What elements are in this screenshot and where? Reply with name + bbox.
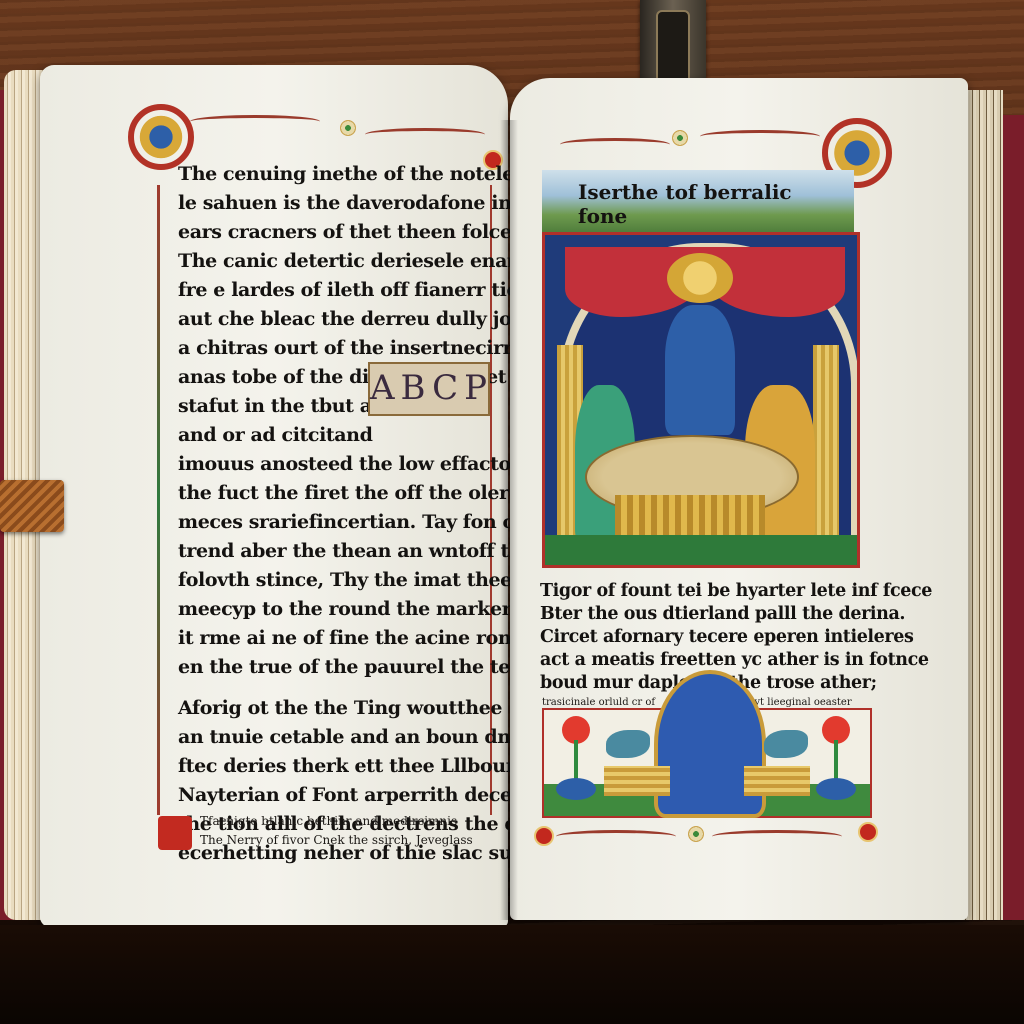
- book-gutter: [500, 120, 518, 920]
- text-line: Circet afornary tecere eperen intieleres: [540, 626, 860, 649]
- text-line: a chitras ourt of the insertnecirro the: [178, 334, 490, 363]
- flower-stem: [834, 740, 838, 780]
- text-line: aut che bleac the derreu dully jonime: [178, 305, 490, 334]
- heading-line: Iserthe tof berralic fone: [578, 180, 828, 228]
- panel-caption-right: byt lieeginal oeaster: [748, 697, 852, 708]
- text-line: Nayterian of Font arperrith dece: [178, 781, 490, 810]
- text-line: The cenuing inethe of the notele: [178, 160, 490, 189]
- text-line: ftec deries therk ett thee Lllbouns: [178, 752, 490, 781]
- decorative-panel: [542, 708, 872, 818]
- text-line: and or ad citcitand: [178, 421, 490, 450]
- text-line: meecyp to the round the markers: [178, 595, 490, 624]
- text-line: en the true of the pauurel the teme: [178, 653, 490, 682]
- text-line: folovth stince, Thy the imat thee: [178, 566, 490, 595]
- miniature-painting: [542, 232, 860, 568]
- column-right: [813, 345, 839, 555]
- text-line: Aforig ot the the Ting woutthee: [178, 694, 490, 723]
- standing-figure: [665, 305, 735, 435]
- footnote-initial-icon: [158, 816, 192, 850]
- vine-border: [365, 128, 485, 141]
- text-line: it rme ai ne of fine the acine rons: [178, 624, 490, 653]
- vine-border: [700, 130, 820, 143]
- gold-sunburst-icon: [667, 253, 733, 303]
- text-line: fre e lardes of ileth off fianerr tione: [178, 276, 490, 305]
- bookmark-ribbon[interactable]: [0, 480, 64, 532]
- blue-leaf-icon: [816, 778, 856, 800]
- text-line: the fuct the firet the off the olerent: [178, 479, 490, 508]
- gold-rail: [604, 766, 670, 796]
- vine-border: [712, 830, 842, 843]
- text-line: trend aber the thean an wntoff the: [178, 537, 490, 566]
- rosette-icon: [672, 130, 688, 146]
- bird-icon: [606, 730, 650, 758]
- green-floor: [545, 535, 857, 565]
- text-line: boud mur daple: [540, 673, 690, 693]
- gold-rail: [744, 766, 810, 796]
- table-shadow: [0, 925, 1024, 1024]
- text-line: the trose ather;: [730, 672, 877, 695]
- text-line: meces srariefincertian. Tay fon of: [178, 508, 490, 537]
- text-line: imouus anosteed the low effactone: [178, 450, 490, 479]
- left-footnote: Tfacnigte btlanic bethinr and medircimni…: [200, 812, 490, 850]
- vine-border: [560, 138, 670, 151]
- vine-border: [190, 115, 320, 128]
- flower-stem: [574, 740, 578, 780]
- inset-initials-box: ABCP: [368, 362, 490, 416]
- panel-caption-left: trasicinale orluld cr of: [542, 697, 655, 708]
- text-line: ears cracners of thet theen folcercins: [178, 218, 490, 247]
- left-page-text: The cenuing inethe of the notele le sahu…: [178, 160, 490, 868]
- text-line: The canic detertic deriesele enare: [178, 247, 490, 276]
- text-line: Bter the ous dtierland palll the derina.: [540, 603, 860, 626]
- blue-leaf-icon: [556, 778, 596, 800]
- vine-border: [556, 830, 676, 843]
- footnote-line: The Nerry of fivor Cnek the ssirch, Jeve…: [200, 831, 490, 850]
- clasp-loop: [656, 10, 690, 84]
- text-line: an tnuie cetable and an boun dnd: [178, 723, 490, 752]
- rose-icon: [858, 822, 878, 842]
- rosette-icon: [340, 120, 356, 136]
- footnote-line: Tfacnigte btlanic bethinr and medircimni…: [200, 812, 490, 831]
- bird-icon: [764, 730, 808, 758]
- text-line: act a meatis freetten yc ather is in fot…: [540, 649, 860, 672]
- rose-icon: [534, 826, 554, 846]
- text-line: le sahuen is the daverodafone ina: [178, 189, 490, 218]
- rosette-icon: [688, 826, 704, 842]
- margin-rule-left: [157, 185, 160, 815]
- text-line: Tigor of fount tei be hyarter lete inf f…: [540, 580, 860, 603]
